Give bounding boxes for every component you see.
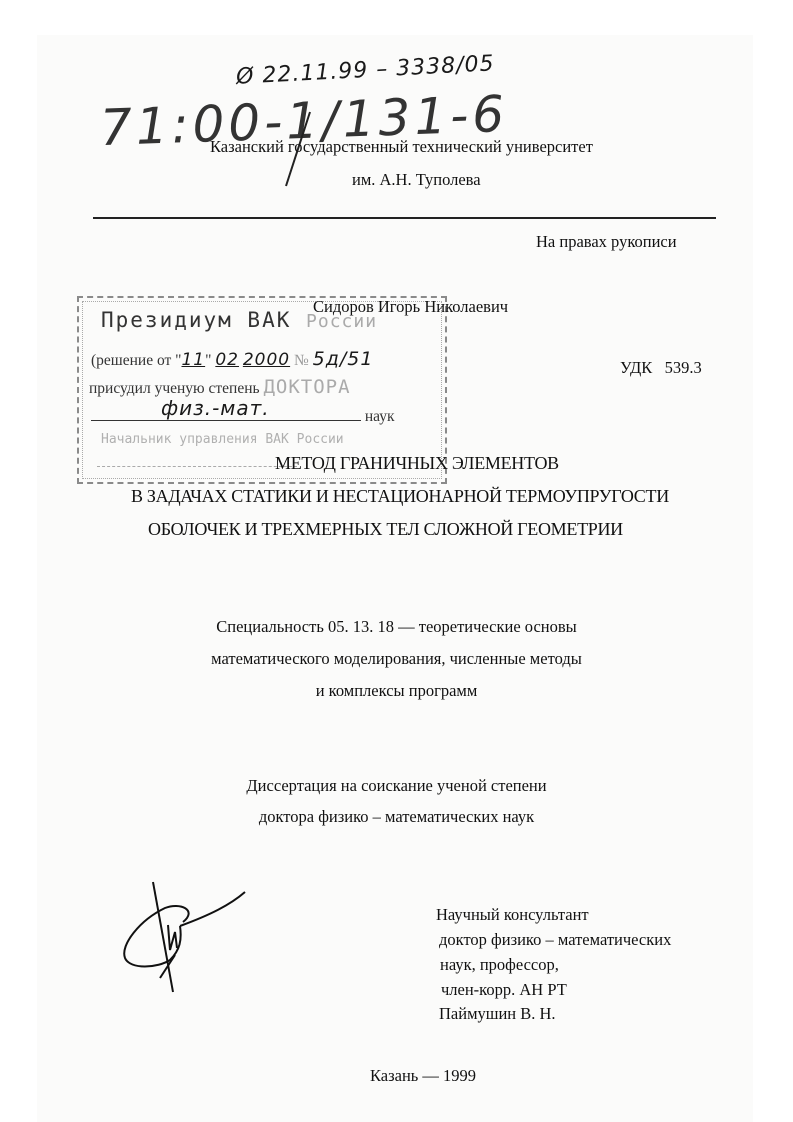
consultant-line-2: доктор физико – математических <box>439 930 671 950</box>
specialty-line-2: математического моделирования, численные… <box>0 649 793 669</box>
manuscript-note: На правах рукописи <box>536 232 677 252</box>
stamp-decision-year: 2000 <box>243 350 290 370</box>
stamp-field-handwritten: физ.-мат. <box>161 396 270 420</box>
udc-value: 539.3 <box>665 358 702 377</box>
stamp-decision-number: 5д/51 <box>313 348 374 370</box>
dissertation-line-2: доктора физико – математических наук <box>0 807 793 827</box>
dissertation-line-1: Диссертация на соискание ученой степени <box>0 776 793 796</box>
consultant-line-1: Научный консультант <box>436 905 589 925</box>
stamp-decision-quote: " <box>205 352 211 369</box>
stamp-field-blank: физ.-мат. <box>91 404 361 421</box>
consultant-name: Паймушин В. Н. <box>439 1004 556 1024</box>
university-named-after: им. А.Н. Туполева <box>352 170 481 190</box>
stamp-degree: ДОКТОРА <box>263 376 350 398</box>
header-divider <box>93 217 716 219</box>
udc-label: УДК <box>620 358 652 377</box>
university-name: Казанский государственный технический ун… <box>210 137 593 157</box>
stamp-decision-month: 02 <box>215 350 239 370</box>
udc-code: УДК 539.3 <box>620 358 702 378</box>
stamp-decision-no-label: № <box>294 352 309 369</box>
stamp-awarded-line: присудил ученую степень ДОКТОРА <box>89 376 351 398</box>
stamp-decision-line: (решение от "11" 02 2000 № 5д/51 <box>91 348 373 370</box>
stamp-signature-line: Начальник управления ВАК России <box>101 432 344 447</box>
stamp-decision-day: 11 <box>181 350 205 370</box>
stamp-sciences: наук <box>365 408 395 425</box>
stamp-bottom-dotted-line <box>97 466 297 467</box>
consultant-line-3: наук, профессор, <box>440 955 559 975</box>
signature-scribble <box>80 870 280 1010</box>
stamp-decision-prefix: (решение от " <box>91 352 181 369</box>
thesis-title-line-1: МЕТОД ГРАНИЧНЫХ ЭЛЕМЕНТОВ <box>275 453 559 474</box>
stamp-title-text: Президиум ВАК <box>101 308 291 332</box>
author-name: Сидоров Игорь Николаевич <box>313 297 508 317</box>
specialty-line-1: Специальность 05. 13. 18 — теоретические… <box>0 617 793 637</box>
thesis-title-line-2: В ЗАДАЧАХ СТАТИКИ И НЕСТАЦИОНАРНОЙ ТЕРМО… <box>131 486 669 507</box>
consultant-line-4: член-корр. АН РТ <box>441 980 567 1000</box>
thesis-title-line-3: ОБОЛОЧЕК И ТРЕХМЕРНЫХ ТЕЛ СЛОЖНОЙ ГЕОМЕТ… <box>148 519 623 540</box>
specialty-line-3: и комплексы программ <box>0 681 793 701</box>
stamp-awarded-text: присудил ученую степень <box>89 380 260 397</box>
stamp-field-line: физ.-мат. наук <box>91 404 436 426</box>
city-year: Казань — 1999 <box>370 1066 476 1086</box>
